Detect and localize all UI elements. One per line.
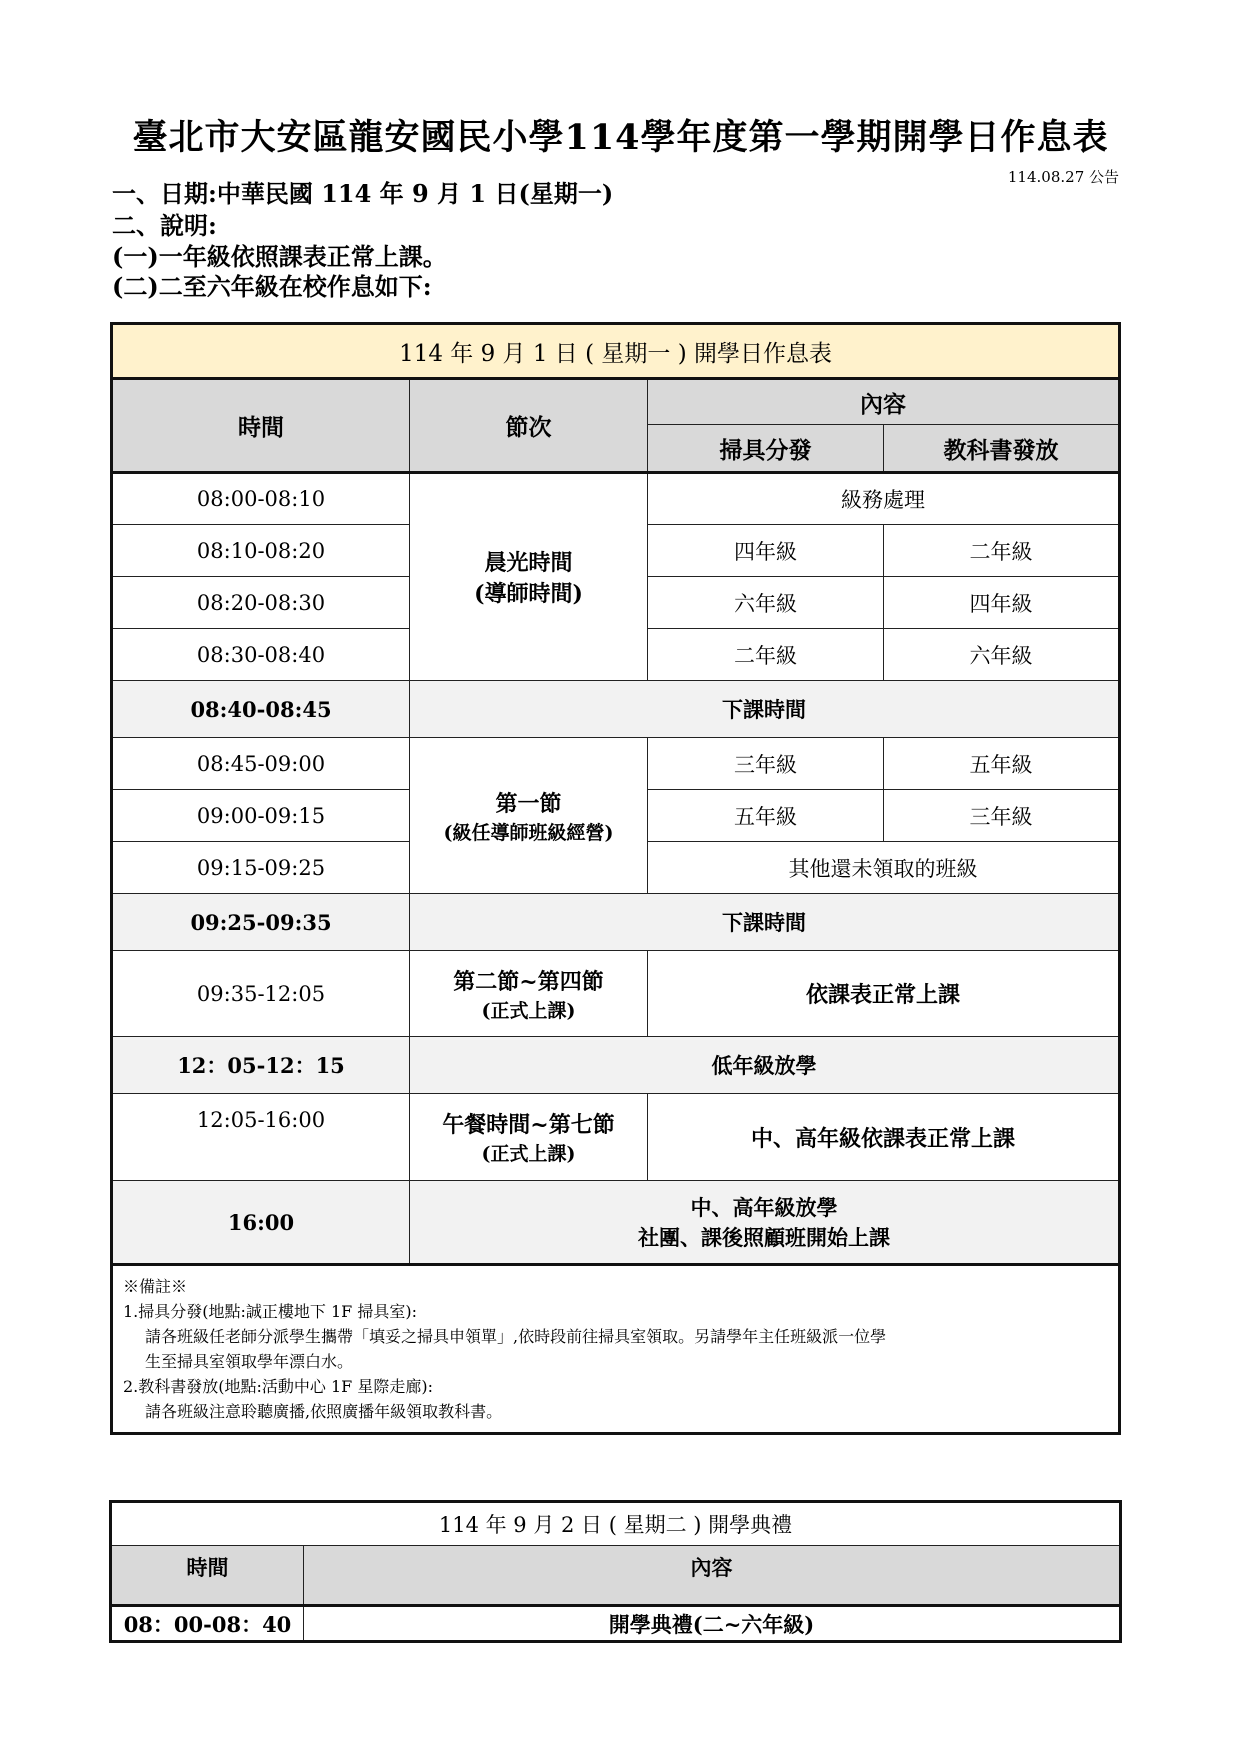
period-sublabel: (正式上課) <box>410 1139 647 1166</box>
period-lunch: 午餐時間~第七節 (正式上課) <box>410 1094 648 1181</box>
notes-title: ※備註※ <box>123 1274 1108 1299</box>
header-textbooks: 教科書發放 <box>884 425 1120 473</box>
dismissal-row: 16:00 中、高年級放學 社團、課後照顧班開始上課 <box>112 1181 1120 1265</box>
time-cell: 08:30-08:40 <box>112 629 410 681</box>
note-2-body: 請各班級注意聆聽廣播,依照廣播年級領取教科書。 <box>123 1399 1108 1424</box>
content-cell: 開學典禮(二~六年級) <box>304 1606 1121 1642</box>
header-period: 節次 <box>410 379 648 473</box>
content-cell: 依課表正常上課 <box>648 951 1120 1037</box>
period-first: 第一節 (級任導師班級經營) <box>410 738 648 894</box>
grade2to6-note: (二)二至六年級在校作息如下: <box>112 267 432 302</box>
dismissal-label: 中、高年級放學 社團、課後照顧班開始上課 <box>410 1181 1120 1265</box>
time-cell: 08:10-08:20 <box>112 525 410 577</box>
period-label: 第一節 <box>410 787 647 818</box>
description-heading: 二、說明: <box>112 206 217 241</box>
header-time: 時間 <box>112 379 410 473</box>
time-cell: 08:00-08:10 <box>112 473 410 525</box>
content-cell: 中、高年級依課表正常上課 <box>648 1094 1120 1181</box>
table-row: 09:35-12:05 第二節~第四節 (正式上課) 依課表正常上課 <box>112 951 1120 1037</box>
note-1-body-cont: 生至掃具室領取學年漂白水。 <box>123 1349 1108 1374</box>
dismissal-label: 低年級放學 <box>410 1037 1120 1094</box>
time-cell: 09:15-09:25 <box>112 842 410 894</box>
table2-header-content: 內容 <box>304 1546 1121 1606</box>
cleaning-cell: 五年級 <box>648 790 884 842</box>
period-2to4: 第二節~第四節 (正式上課) <box>410 951 648 1037</box>
time-cell: 08:45-09:00 <box>112 738 410 790</box>
time-cell: 16:00 <box>112 1181 410 1265</box>
period-sublabel: (導師時間) <box>410 577 647 608</box>
announce-date: 114.08.27 公告 <box>1008 166 1119 187</box>
cleaning-cell: 三年級 <box>648 738 884 790</box>
period-label: 午餐時間~第七節 <box>410 1108 647 1139</box>
table-row: 08:00-08:10 晨光時間 (導師時間) 級務處理 <box>112 473 1120 525</box>
note-1-title: 1.掃具分發(地點:誠正樓地下 1F 掃具室): <box>123 1299 1108 1324</box>
schedule-table-sep1: 114 年 9 月 1 日 ( 星期一 ) 開學日作息表 時間 節次 內容 掃具… <box>110 322 1121 1435</box>
period-sublabel: (級任導師班級經營) <box>410 818 647 845</box>
cleaning-cell: 四年級 <box>648 525 884 577</box>
break-label: 下課時間 <box>410 681 1120 738</box>
dismissal-line1: 中、高年級放學 <box>410 1192 1118 1222</box>
time-cell: 08:40-08:45 <box>112 681 410 738</box>
content-cell: 級務處理 <box>648 473 1120 525</box>
table2-header-time: 時間 <box>111 1546 304 1606</box>
table-row: 08：00-08：40 開學典禮(二~六年級) <box>111 1606 1121 1642</box>
textbook-cell: 四年級 <box>884 577 1120 629</box>
period-label: 第二節~第四節 <box>410 965 647 996</box>
break-row: 09:25-09:35 下課時間 <box>112 894 1120 951</box>
textbook-cell: 六年級 <box>884 629 1120 681</box>
textbook-cell: 五年級 <box>884 738 1120 790</box>
period-label: 晨光時間 <box>410 546 647 577</box>
note-2-title: 2.教科書發放(地點:活動中心 1F 星際走廊): <box>123 1374 1108 1399</box>
header-content: 內容 <box>648 379 1120 425</box>
cleaning-cell: 六年級 <box>648 577 884 629</box>
table-row: 08:45-09:00 第一節 (級任導師班級經營) 三年級 五年級 <box>112 738 1120 790</box>
schedule-table-sep2: 114 年 9 月 2 日 ( 星期二 ) 開學典禮 時間 內容 08：00-0… <box>109 1500 1122 1643</box>
textbook-cell: 三年級 <box>884 790 1120 842</box>
time-cell: 08:20-08:30 <box>112 577 410 629</box>
time-cell: 09:25-09:35 <box>112 894 410 951</box>
period-morning: 晨光時間 (導師時間) <box>410 473 648 681</box>
header-cleaning-tools: 掃具分發 <box>648 425 884 473</box>
time-cell: 09:35-12:05 <box>112 951 410 1037</box>
time-cell: 12:05-16:00 <box>112 1094 410 1181</box>
break-row: 12：05-12：15 低年級放學 <box>112 1037 1120 1094</box>
time-cell: 12：05-12：15 <box>112 1037 410 1094</box>
date-line: 一、日期:中華民國 114 年 9 月 1 日(星期一) <box>112 174 613 209</box>
time-cell: 08：00-08：40 <box>111 1606 304 1642</box>
notes-cell: ※備註※ 1.掃具分發(地點:誠正樓地下 1F 掃具室): 請各班級任老師分派學… <box>112 1265 1120 1434</box>
content-cell: 其他還未領取的班級 <box>648 842 1120 894</box>
textbook-cell: 二年級 <box>884 525 1120 577</box>
time-cell: 09:00-09:15 <box>112 790 410 842</box>
cleaning-cell: 二年級 <box>648 629 884 681</box>
period-sublabel: (正式上課) <box>410 996 647 1023</box>
note-1-body: 請各班級任老師分派學生攜帶「填妥之掃具申領單」,依時段前往掃具室領取。另請學年主… <box>123 1324 1108 1349</box>
table-row: 12:05-16:00 午餐時間~第七節 (正式上課) 中、高年級依課表正常上課 <box>112 1094 1120 1181</box>
break-label: 下課時間 <box>410 894 1120 951</box>
table2-caption: 114 年 9 月 2 日 ( 星期二 ) 開學典禮 <box>111 1502 1121 1546</box>
table-caption: 114 年 9 月 1 日 ( 星期一 ) 開學日作息表 <box>112 324 1120 379</box>
document-title: 臺北市大安區龍安國民小學114學年度第一學期開學日作息表 <box>0 110 1241 160</box>
break-row: 08:40-08:45 下課時間 <box>112 681 1120 738</box>
dismissal-line2: 社團、課後照顧班開始上課 <box>410 1222 1118 1252</box>
